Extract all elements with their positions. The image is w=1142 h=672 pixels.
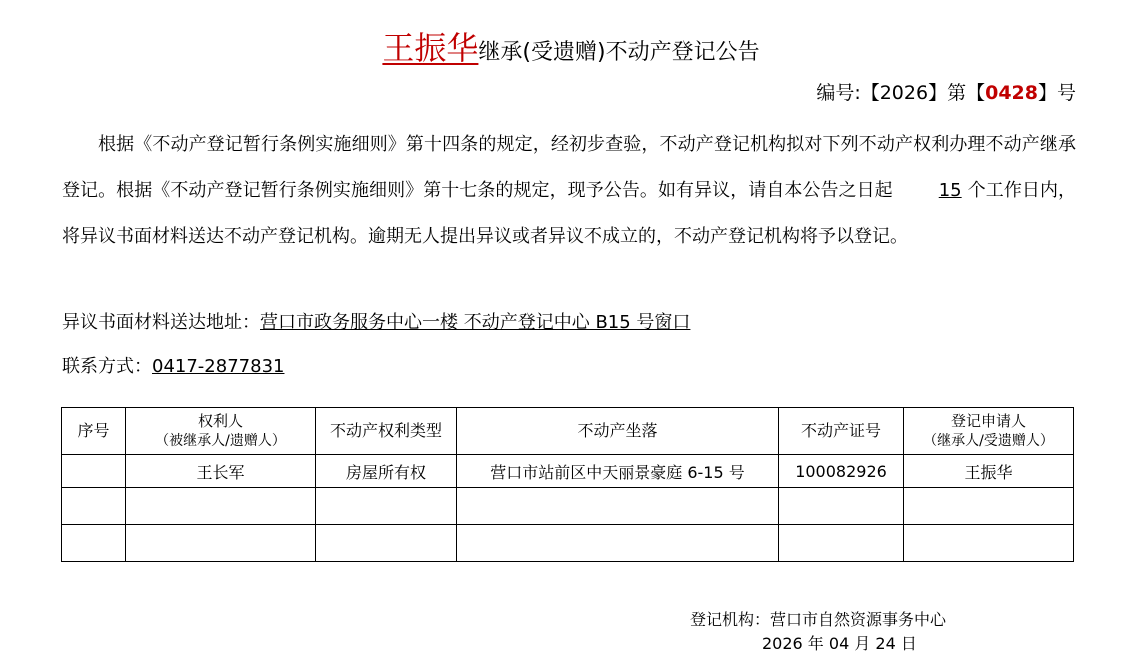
serial-number: 编号:【2026】第【0428】号 [816,78,1076,108]
property-table: 序号 权利人（被继承人/遗赠人） 不动产权利类型 不动产坐落 不动产证号 登记申… [61,407,1074,562]
table-row [62,525,1074,562]
title-suffix: 继承(受遗赠)不动产登记公告 [478,40,759,65]
header-location: 不动产坐落 [457,408,779,455]
notice-title: 王振华继承(受遗赠)不动产登记公告 [0,28,1142,73]
notice-body: 根据《不动产登记暂行条例实施细则》第十四条的规定，经初步查验，不动产登记机构拟对… [62,122,1076,260]
address-value: 营口市政务服务中心一楼 不动产登记中心 B15 号窗口 [260,312,690,333]
header-applicant: 登记申请人（继承人/受遗赠人） [904,408,1074,455]
notice-date: 2026 年 04 月 24 日 [690,632,946,656]
contact-label: 联系方式： [62,356,152,377]
serial-no: 0428 [985,82,1038,104]
contact-phone: 0417-2877831 [152,356,292,377]
footer: 登记机构：营口市自然资源事务中心 2026 年 04 月 24 日 [690,608,946,656]
applicant-name: 王振华 [382,29,478,67]
header-right-holder: 权利人（被继承人/遗赠人） [126,408,316,455]
registration-org: 登记机构：营口市自然资源事务中心 [690,608,946,632]
header-cert-no: 不动产证号 [779,408,904,455]
contact-info: 联系方式：0417-2877831 [62,352,1076,382]
table-row: 王长军 房屋所有权 营口市站前区中天丽景豪庭 6-15 号 100082926 … [62,455,1074,488]
serial-year: 2026 [880,82,928,104]
objection-days: 15 [893,168,968,214]
address-label: 异议书面材料送达地址： [62,312,260,333]
objection-address: 异议书面材料送达地址：营口市政务服务中心一楼 不动产登记中心 B15 号窗口 [62,308,1076,338]
header-right-type: 不动产权利类型 [316,408,457,455]
table-row [62,488,1074,525]
header-index: 序号 [62,408,126,455]
table-header-row: 序号 权利人（被继承人/遗赠人） 不动产权利类型 不动产坐落 不动产证号 登记申… [62,408,1074,455]
